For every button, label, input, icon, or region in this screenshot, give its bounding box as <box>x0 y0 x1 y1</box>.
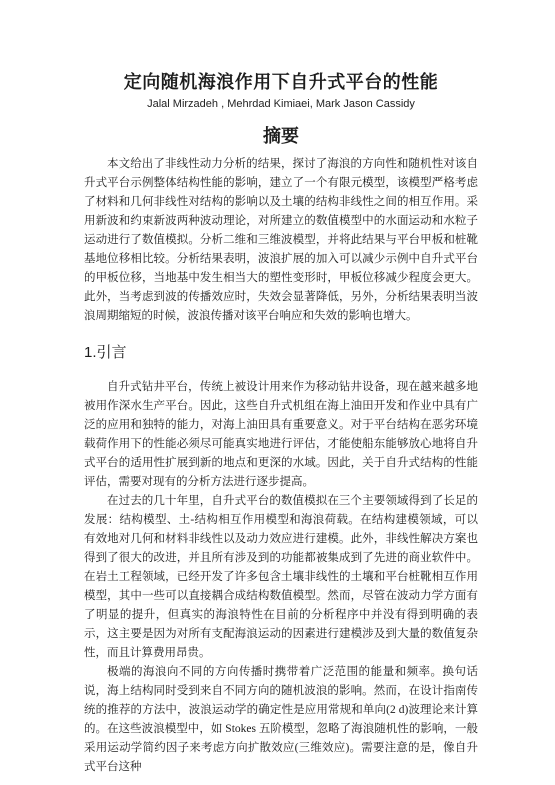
introduction-paragraph-3: 极端的海浪向不同的方向传播时携带着广泛范围的能量和频率。换句话说，海上结构同时受… <box>84 663 478 777</box>
section-heading-introduction: 1.引言 <box>84 343 478 363</box>
paper-title: 定向随机海浪作用下自升式平台的性能 <box>84 70 478 94</box>
abstract-heading: 摘要 <box>84 124 478 148</box>
introduction-section: 自升式钻井平台，传统上被设计用来作为移动钻井设备，现在越来越多地被用作深水生产平… <box>84 378 478 777</box>
paper-authors: Jalal Mirzadeh , Mehrdad Kimiaei, Mark J… <box>84 97 478 111</box>
introduction-paragraph-2: 在过去的几十年里，自升式平台的数值模拟在三个主要领域得到了长足的发展：结构模型、… <box>84 492 478 663</box>
introduction-paragraph-1: 自升式钻井平台，传统上被设计用来作为移动钻井设备，现在越来越多地被用作深水生产平… <box>84 378 478 492</box>
paper-page: 定向随机海浪作用下自升式平台的性能 Jalal Mirzadeh , Mehrd… <box>0 0 555 785</box>
abstract-paragraph: 本文给出了非线性动力分析的结果，探讨了海浪的方向性和随机性对该自升式平台示例整体… <box>84 155 478 326</box>
abstract-section: 本文给出了非线性动力分析的结果，探讨了海浪的方向性和随机性对该自升式平台示例整体… <box>84 155 478 326</box>
